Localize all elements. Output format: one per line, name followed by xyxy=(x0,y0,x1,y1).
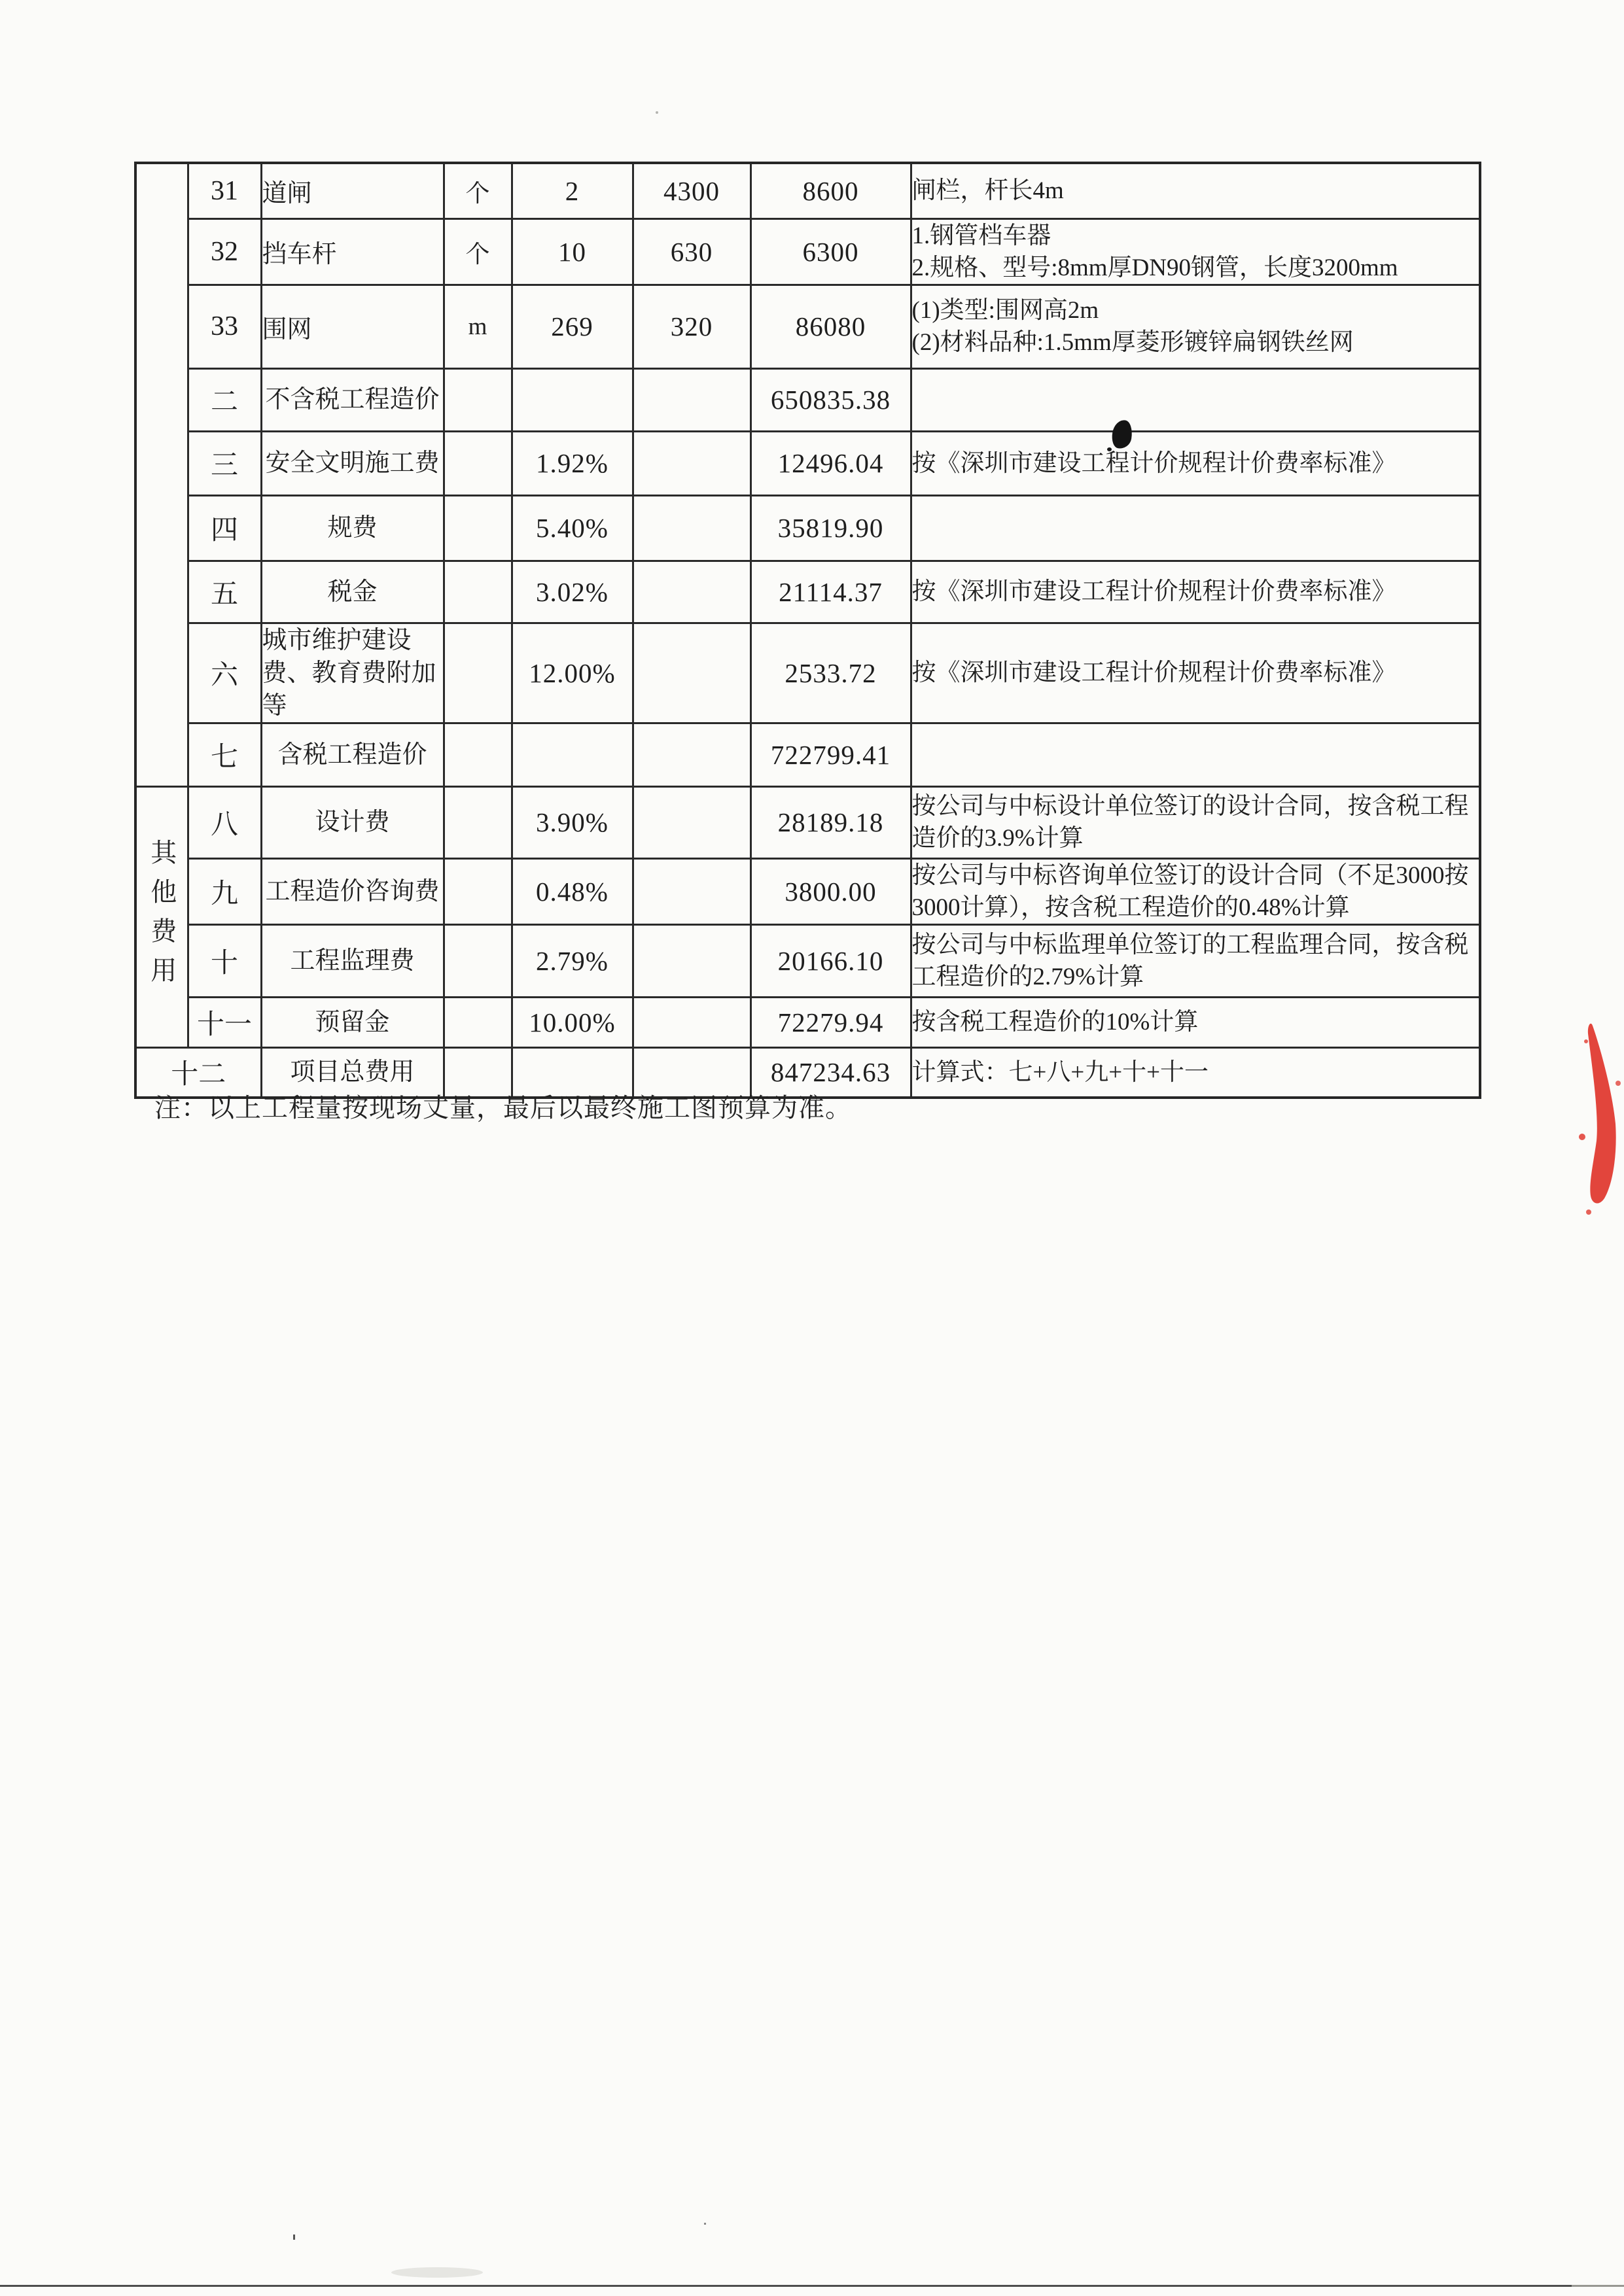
cell-price xyxy=(633,368,750,431)
cell-amount: 650835.38 xyxy=(750,368,911,431)
cell-name: 道闸 xyxy=(261,163,444,218)
cell-unit xyxy=(444,495,512,561)
cell-name: 工程监理费 xyxy=(261,924,444,997)
cell-name: 含税工程造价 xyxy=(261,723,444,786)
cell-desc: 按含税工程造价的10%计算 xyxy=(911,997,1480,1047)
cell-name: 不含税工程造价 xyxy=(261,368,444,431)
cell-price: 320 xyxy=(633,285,750,368)
cell-qty: 0.48% xyxy=(512,858,633,924)
table-row: 十一 预留金 10.00% 72279.94 按含税工程造价的10%计算 xyxy=(135,997,1480,1047)
cell-qty: 10 xyxy=(512,218,633,285)
cell-unit xyxy=(444,623,512,723)
cell-price xyxy=(633,924,750,997)
cell-desc: 按公司与中标监理单位签订的工程监理合同，按含税工程造价的2.79%计算 xyxy=(911,924,1480,997)
table-row: 三 安全文明施工费 1.92% 12496.04 按《深圳市建设工程计价规程计价… xyxy=(135,431,1480,495)
cell-desc: 按《深圳市建设工程计价规程计价费率标准》 xyxy=(911,561,1480,623)
cell-qty: 12.00% xyxy=(512,623,633,723)
cell-unit xyxy=(444,561,512,623)
cell-amount: 28189.18 xyxy=(750,786,911,858)
footnote: 注：以上工程量按现场丈量，最后以最终施工图预算为准。 xyxy=(154,1087,852,1124)
cell-unit xyxy=(444,997,512,1047)
cell-unit: m xyxy=(444,285,512,368)
cell-no: 31 xyxy=(188,163,261,218)
cell-amount: 8600 xyxy=(750,163,911,218)
cell-price xyxy=(633,997,750,1047)
cell-no: 十一 xyxy=(188,997,261,1047)
cell-qty: 2.79% xyxy=(512,924,633,997)
cell-no: 五 xyxy=(188,561,261,623)
cell-desc: 计算式：七+八+九+十+十一 xyxy=(911,1047,1480,1098)
cell-price xyxy=(633,723,750,786)
cell-no: 三 xyxy=(188,431,261,495)
cell-desc: 闸栏，杆长4m xyxy=(911,163,1480,218)
table-row: 五 税金 3.02% 21114.37 按《深圳市建设工程计价规程计价费率标准》 xyxy=(135,561,1480,623)
cell-qty: 2 xyxy=(512,163,633,218)
cell-desc xyxy=(911,723,1480,786)
cell-no: 二 xyxy=(188,368,261,431)
cell-name: 税金 xyxy=(261,561,444,623)
cell-unit: 个 xyxy=(444,218,512,285)
table-row: 二 不含税工程造价 650835.38 xyxy=(135,368,1480,431)
cell-no: 33 xyxy=(188,285,261,368)
cell-qty: 5.40% xyxy=(512,495,633,561)
cell-price xyxy=(633,495,750,561)
dust-speck xyxy=(704,2223,706,2225)
cell-price xyxy=(633,786,750,858)
cell-amount: 12496.04 xyxy=(750,431,911,495)
cell-no: 六 xyxy=(188,623,261,723)
cell-unit xyxy=(444,431,512,495)
cell-no: 32 xyxy=(188,218,261,285)
cell-qty: 3.90% xyxy=(512,786,633,858)
cell-unit: 个 xyxy=(444,163,512,218)
cell-no: 十 xyxy=(188,924,261,997)
cell-price: 4300 xyxy=(633,163,750,218)
scan-smudge-artifact xyxy=(391,2267,483,2278)
table-row: 七 含税工程造价 722799.41 xyxy=(135,723,1480,786)
cell-qty: 1.92% xyxy=(512,431,633,495)
cell-unit xyxy=(444,858,512,924)
cell-no: 四 xyxy=(188,495,261,561)
cell-amount: 86080 xyxy=(750,285,911,368)
dust-speck xyxy=(656,111,658,114)
cell-amount: 72279.94 xyxy=(750,997,911,1047)
cell-name: 围网 xyxy=(261,285,444,368)
table-row: 31 道闸 个 2 4300 8600 闸栏，杆长4m xyxy=(135,163,1480,218)
cell-unit xyxy=(444,786,512,858)
cell-no: 七 xyxy=(188,723,261,786)
red-ink-stroke-artifact xyxy=(1574,1020,1623,1217)
cell-unit xyxy=(444,723,512,786)
cell-price: 630 xyxy=(633,218,750,285)
cell-no: 九 xyxy=(188,858,261,924)
cell-name: 城市维护建设费、教育费附加等 xyxy=(261,623,444,723)
cell-price xyxy=(633,623,750,723)
table-row: 十 工程监理费 2.79% 20166.10 按公司与中标监理单位签订的工程监理… xyxy=(135,924,1480,997)
scanner-edge-line xyxy=(0,2285,1572,2287)
cell-desc: 1.钢管档车器 2.规格、型号:8mm厚DN90钢管，长度3200mm xyxy=(911,218,1480,285)
group-column-empty-cell xyxy=(135,163,188,786)
cost-estimate-table: 31 道闸 个 2 4300 8600 闸栏，杆长4m 32 挡车杆 个 10 … xyxy=(134,162,1481,1099)
cell-desc xyxy=(911,495,1480,561)
cell-price xyxy=(633,561,750,623)
cell-amount: 2533.72 xyxy=(750,623,911,723)
cell-desc xyxy=(911,368,1480,431)
table-row: 九 工程造价咨询费 0.48% 3800.00 按公司与中标咨询单位签订的设计合… xyxy=(135,858,1480,924)
cell-unit xyxy=(444,924,512,997)
cell-desc: 按《深圳市建设工程计价规程计价费率标准》 xyxy=(911,623,1480,723)
cell-name: 工程造价咨询费 xyxy=(261,858,444,924)
cell-desc: 按《深圳市建设工程计价规程计价费率标准》 xyxy=(911,431,1480,495)
group-label-other-fees: 其他费用 xyxy=(135,786,188,1047)
table-row: 四 规费 5.40% 35819.90 xyxy=(135,495,1480,561)
cell-name: 预留金 xyxy=(261,997,444,1047)
cell-name: 规费 xyxy=(261,495,444,561)
cell-name: 设计费 xyxy=(261,786,444,858)
scanned-document-page: 31 道闸 个 2 4300 8600 闸栏，杆长4m 32 挡车杆 个 10 … xyxy=(0,0,1624,2296)
cell-amount: 6300 xyxy=(750,218,911,285)
cell-amount: 35819.90 xyxy=(750,495,911,561)
cell-qty: 269 xyxy=(512,285,633,368)
table-row: 33 围网 m 269 320 86080 (1)类型:围网高2m (2)材料品… xyxy=(135,285,1480,368)
cell-amount: 722799.41 xyxy=(750,723,911,786)
ink-blot-dot-artifact xyxy=(1107,447,1112,451)
cell-qty: 3.02% xyxy=(512,561,633,623)
group-label-text: 其他费用 xyxy=(143,839,181,996)
dust-speck xyxy=(293,2235,295,2240)
cell-amount: 3800.00 xyxy=(750,858,911,924)
cell-qty: 10.00% xyxy=(512,997,633,1047)
cell-qty xyxy=(512,723,633,786)
cell-desc: (1)类型:围网高2m (2)材料品种:1.5mm厚菱形镀锌扁钢铁丝网 xyxy=(911,285,1480,368)
cell-qty xyxy=(512,368,633,431)
cell-price xyxy=(633,858,750,924)
cell-amount: 21114.37 xyxy=(750,561,911,623)
cell-price xyxy=(633,431,750,495)
scanner-edge-line-light xyxy=(1572,2285,1624,2287)
table-row: 32 挡车杆 个 10 630 6300 1.钢管档车器 2.规格、型号:8mm… xyxy=(135,218,1480,285)
cell-desc: 按公司与中标设计单位签订的设计合同，按含税工程造价的3.9%计算 xyxy=(911,786,1480,858)
cell-name: 挡车杆 xyxy=(261,218,444,285)
table-row: 其他费用 八 设计费 3.90% 28189.18 按公司与中标设计单位签订的设… xyxy=(135,786,1480,858)
cell-unit xyxy=(444,368,512,431)
cell-amount: 20166.10 xyxy=(750,924,911,997)
cell-desc: 按公司与中标咨询单位签订的设计合同（不足3000按3000计算），按含税工程造价… xyxy=(911,858,1480,924)
cell-name: 安全文明施工费 xyxy=(261,431,444,495)
table-row: 六 城市维护建设费、教育费附加等 12.00% 2533.72 按《深圳市建设工… xyxy=(135,623,1480,723)
cell-no: 八 xyxy=(188,786,261,858)
